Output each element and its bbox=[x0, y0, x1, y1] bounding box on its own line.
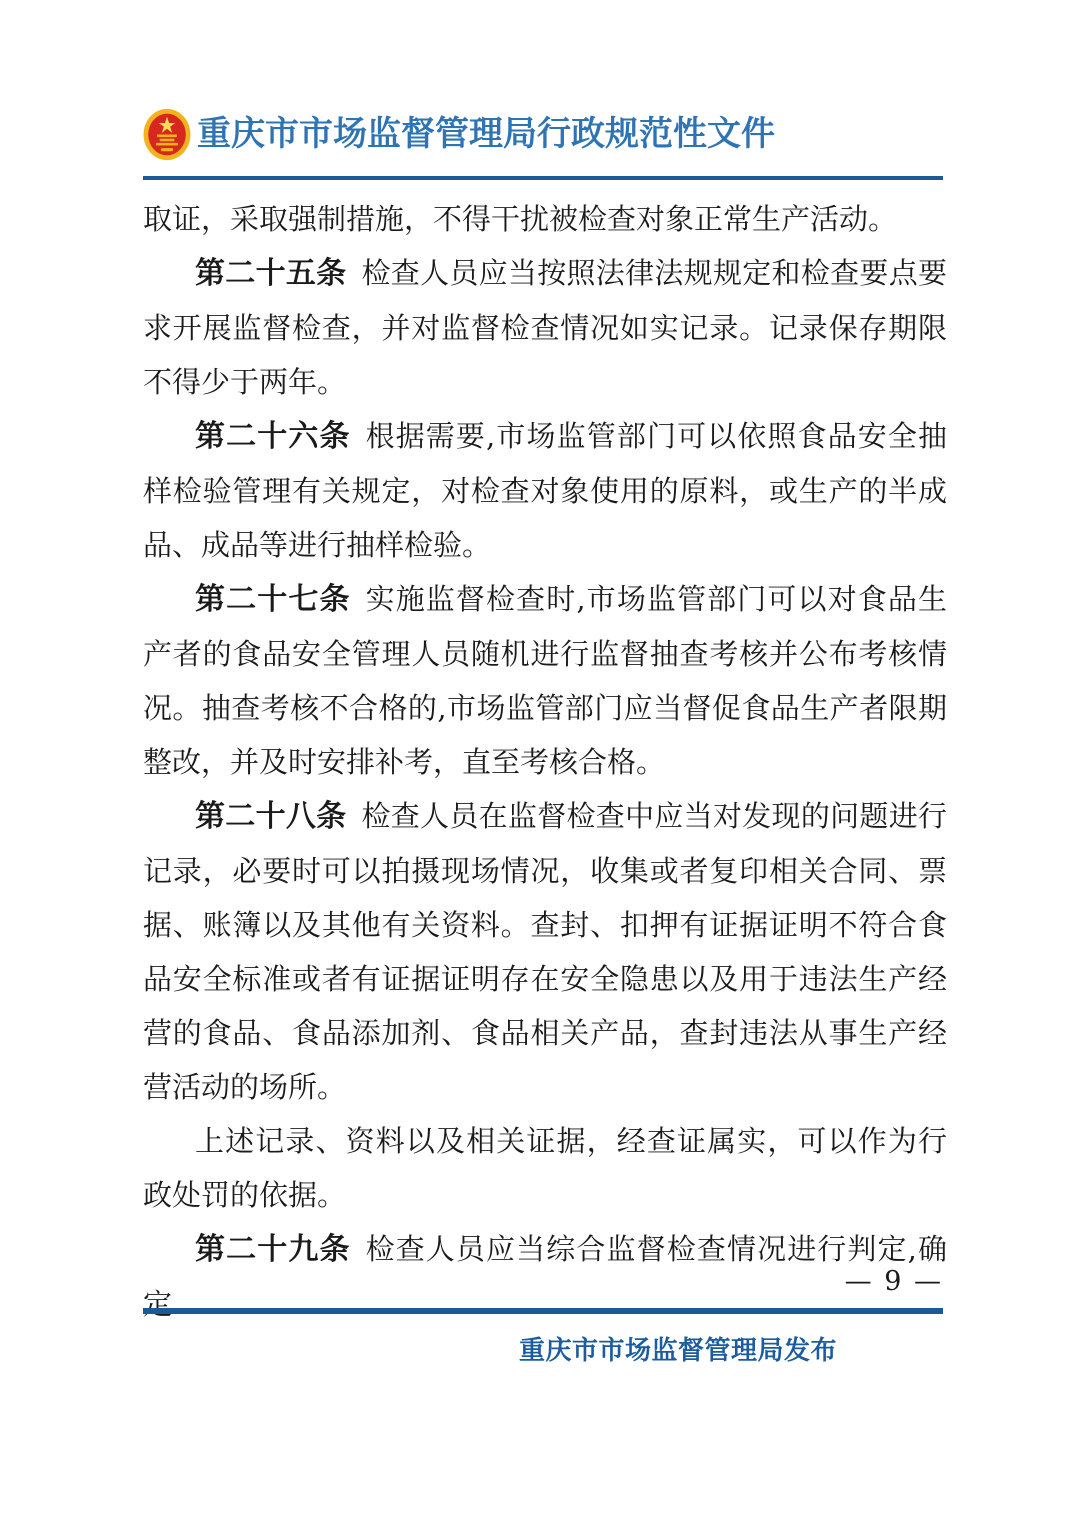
paragraph-text: 检查人员在监督检查中应当对发现的问题进行记录，必要时可以拍摄现场情况，收集或者复… bbox=[143, 799, 947, 1104]
paragraph-text: 上述记录、资料以及相关证据，经查证属实，可以作为行政处罚的依据。 bbox=[143, 1124, 947, 1212]
paragraph: 上述记录、资料以及相关证据，经查证属实，可以作为行政处罚的依据。 bbox=[143, 1114, 947, 1222]
paragraph: 第二十九条检查人员应当综合监督检查情况进行判定,确定 bbox=[143, 1222, 947, 1331]
document-page: 重庆市市场监督管理局行政规范性文件 取证，采取强制措施，不得干扰被检查对象正常生… bbox=[0, 0, 1074, 1520]
article-number: 第二十五条 bbox=[195, 256, 346, 291]
publisher-row: 重庆市市场监督管理局发布 bbox=[143, 1330, 943, 1367]
document-title: 重庆市市场监督管理局行政规范性文件 bbox=[197, 108, 775, 161]
page-number: — 9 — bbox=[845, 1266, 943, 1297]
paragraph: 第二十六条根据需要,市场监管部门可以依照食品安全抽样检验管理有关规定，对检查对象… bbox=[143, 409, 947, 572]
paragraph: 第二十八条检查人员在监督检查中应当对发现的问题进行记录，必要时可以拍摄现场情况，… bbox=[143, 789, 947, 1114]
paragraph: 第二十七条实施监督检查时,市场监管部门可以对食品生产者的食品安全管理人员随机进行… bbox=[143, 572, 947, 789]
footer-rule bbox=[143, 1308, 943, 1314]
article-number: 第二十八条 bbox=[195, 799, 346, 834]
paragraph: 取证，采取强制措施，不得干扰被检查对象正常生产活动。 bbox=[143, 192, 947, 246]
paragraph-text: 取证，采取强制措施，不得干扰被检查对象正常生产活动。 bbox=[143, 202, 897, 236]
publisher-label: 重庆市市场监督管理局发布 bbox=[519, 1336, 837, 1366]
article-number: 第二十九条 bbox=[195, 1232, 351, 1267]
document-header: 重庆市市场监督管理局行政规范性文件 bbox=[143, 108, 947, 161]
article-number: 第二十七条 bbox=[195, 582, 351, 617]
article-number: 第二十六条 bbox=[195, 419, 351, 454]
header-rule bbox=[143, 176, 943, 180]
national-emblem-icon bbox=[143, 108, 191, 161]
document-body: 取证，采取强制措施，不得干扰被检查对象正常生产活动。 第二十五条检查人员应当按照… bbox=[143, 192, 947, 1331]
paragraph: 第二十五条检查人员应当按照法律法规规定和检查要点要求开展监督检查，并对监督检查情… bbox=[143, 246, 947, 409]
